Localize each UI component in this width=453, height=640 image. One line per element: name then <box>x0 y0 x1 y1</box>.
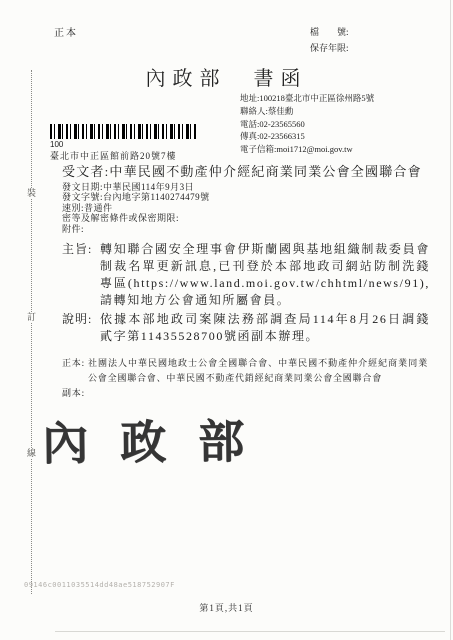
copy-recipients-label: 副本: <box>62 386 88 401</box>
sender-fax: 傳真:02-23566315 <box>240 130 374 143</box>
explanation-section: 說明: 依據本部地政司案陳法務部調查局114年8月26日調錢貳字第1143552… <box>62 311 430 345</box>
binding-dotted-line <box>31 70 32 594</box>
file-number-label: 檔 號: <box>310 25 349 38</box>
explanation-label: 說明: <box>62 311 100 328</box>
scan-edge-bottom <box>55 631 445 632</box>
recipient-line: 受文者:中華民國不動產仲介經紀商業同業公會全國聯合會 <box>62 161 422 180</box>
original-recipients-text: 社團法人中華民國地政士公會全國聯合會、中華民國不動產仲介經紀商業同業公會全國聯合… <box>88 356 428 386</box>
scan-edge-right <box>450 0 451 640</box>
issue-number: 發文字號:台內地字第1140274479號 <box>62 192 210 202</box>
document-title: 內政部 書函 <box>0 62 453 91</box>
sender-contact-person: 聯絡人:蔡佳勳 <box>240 105 374 118</box>
agency-stamp: 內政部 <box>42 405 277 473</box>
security-class: 密等及解密條件或保密期限: <box>62 213 210 223</box>
subject-label: 主旨: <box>62 241 100 258</box>
sender-phone: 電話:02-23565560 <box>240 118 374 131</box>
original-recipients-label: 正本: <box>62 356 88 371</box>
explanation-text: 依據本部地政司案陳法務部調查局114年8月26日調錢貳字第11435528700… <box>100 311 430 345</box>
retention-period-label: 保存年限: <box>310 41 349 54</box>
sender-email: 電子信箱:moi1712@moi.gov.tw <box>240 143 374 156</box>
verification-code: 09146c0011035514dd48ae518752907F <box>24 581 175 589</box>
copy-type-label: 正本 <box>54 24 78 39</box>
binding-mark-xian: 線 <box>25 448 38 459</box>
speed-class: 速別:普通件 <box>62 203 210 213</box>
scanned-official-letter: 裝 訂 線 正本 檔 號: 保存年限: 內政部 書函 地址:100218臺北市中… <box>0 0 453 640</box>
recipient-zip: 100 <box>50 140 63 149</box>
binding-mark-ding: 訂 <box>25 312 38 323</box>
page-number: 第1頁,共1頁 <box>0 601 453 614</box>
copy-recipients-row: 副本: <box>62 386 434 401</box>
attachment-label: 附件: <box>62 224 210 234</box>
subject-text: 轉知聯合國安全理事會伊斯蘭國與基地組織制裁委員會制裁名單更新訊息,已刊登於本部地… <box>100 241 430 309</box>
document-meta-block: 發文日期:中華民國114年9月3日 發文字號:台內地字第1140274479號 … <box>62 182 210 234</box>
distribution-block: 正本: 社團法人中華民國地政士公會全國聯合會、中華民國不動產仲介經紀商業同業公會… <box>62 356 434 401</box>
binding-mark-zhuang: 裝 <box>25 188 38 199</box>
issue-date: 發文日期:中華民國114年9月3日 <box>62 182 210 192</box>
sender-address: 地址:100218臺北市中正區徐州路5號 <box>240 92 374 105</box>
sender-contact-block: 地址:100218臺北市中正區徐州路5號 聯絡人:蔡佳勳 電話:02-23565… <box>240 92 374 156</box>
original-recipients-row: 正本: 社團法人中華民國地政士公會全國聯合會、中華民國不動產仲介經紀商業同業公會… <box>62 356 434 386</box>
mailing-barcode <box>50 124 196 139</box>
subject-section: 主旨: 轉知聯合國安全理事會伊斯蘭國與基地組織制裁委員會制裁名單更新訊息,已刊登… <box>62 241 430 309</box>
